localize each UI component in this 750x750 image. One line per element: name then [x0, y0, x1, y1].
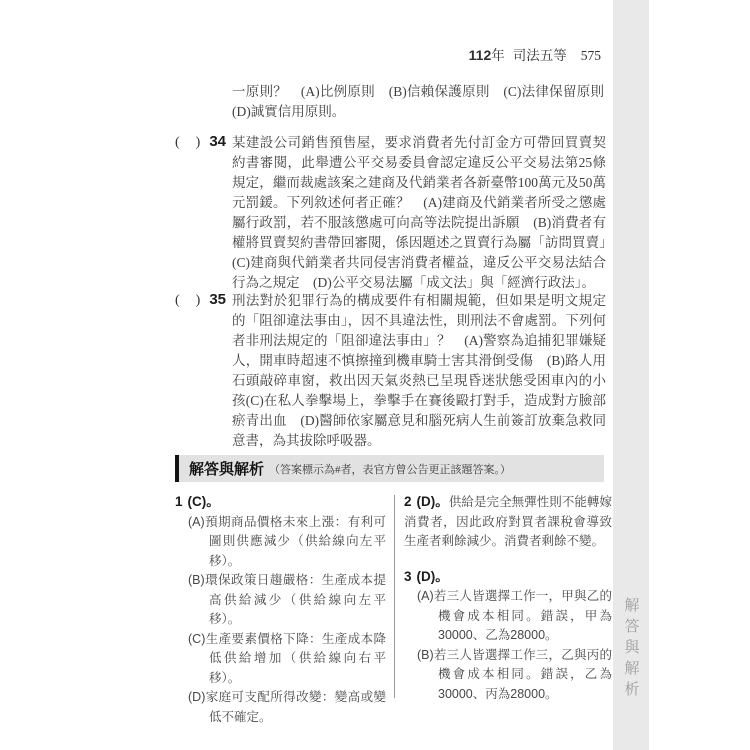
answers-columns: 1(C)。 (A)預期商品價格未來上漲：有利可圖則供應減少（供給線向左平移）。 … [175, 492, 612, 742]
answer-item-2: 2(D)。供給是完全無彈性則不能轉嫁消費者，因此政府對買者課稅會導致生產者剩餘減… [404, 492, 612, 552]
question-number: 35 [209, 291, 226, 308]
answer-blank-open-paren: ( [175, 293, 180, 308]
answer-blank-open-paren: ( [175, 135, 180, 150]
answer-letter: (D)。 [417, 494, 449, 509]
question-34: ()34 某建設公司銷售預售屋，要求消費者先付訂金方可帶回買賣契約書審閱，此舉遭… [175, 133, 606, 293]
question-34-text: 某建設公司銷售預售屋，要求消費者先付訂金方可帶回買賣契約書審閱，此舉遭公平交易委… [232, 133, 606, 293]
answer-number: 3 [404, 569, 412, 584]
question-number: 34 [209, 133, 226, 150]
answer-item-2-head: 2(D)。 [404, 494, 449, 509]
answer-item-3: 3(D)。 (A)若三人皆選擇工作一，甲與乙的機會成本相同。錯誤，甲為30000… [404, 567, 612, 705]
question-35-gutter: ()35 [175, 291, 232, 451]
answer-item-1-subitems: (A)預期商品價格未來上漲：有利可圖則供應減少（供給線向左平移）。 (B)環保政… [188, 513, 386, 728]
answer-subitem-c: (C)生產要素價格下降：生產成本降低供給增加（供給線向右平移）。 [188, 630, 386, 689]
answer-subitem-b: (B)若三人皆選擇工作三，乙與丙的機會成本相同。錯誤，乙為30000、丙為280… [417, 646, 612, 705]
page-header: 112年司法五等575 [175, 44, 601, 64]
answers-section-title: 解答與解析 [189, 458, 264, 479]
question-34-gutter: ()34 [175, 133, 232, 293]
question-continuation: 一原則？ (A)比例原則 (B)信賴保護原則 (C)法律保留原則(D)誠實信用原… [232, 82, 604, 122]
answers-side-tab: 解答與解析 [613, 0, 649, 750]
answer-item-3-subitems: (A)若三人皆選擇工作一，甲與乙的機會成本相同。錯誤，甲為30000、乙為280… [417, 587, 612, 704]
answer-subitem-d: (D)家庭可支配所得改變：變高或變低不確定。 [188, 688, 386, 727]
answer-letter: (C)。 [188, 494, 220, 509]
answer-subitem-b: (B)環保政策日趨嚴格：生產成本提高供給減少（供給線向左平移）。 [188, 571, 386, 630]
answer-item-1-head: 1(C)。 [175, 492, 386, 512]
answers-column-right: 2(D)。供給是完全無彈性則不能轉嫁消費者，因此政府對買者課稅會導致生產者剩餘減… [404, 492, 612, 742]
column-divider [394, 495, 395, 698]
answer-subitem-a: (A)若三人皆選擇工作一，甲與乙的機會成本相同。錯誤，甲為30000、乙為280… [417, 587, 612, 646]
question-35: ()35 刑法對於犯罪行為的構成要件有相關規範，但如果是明文規定的「阻卻違法事由… [175, 291, 606, 451]
header-page-number: 575 [581, 48, 601, 63]
side-tab-label: 解答與解析 [621, 597, 642, 702]
answer-blank-close-paren: ) [196, 293, 201, 308]
book-page: 解答與解析 112年司法五等575 一原則？ (A)比例原則 (B)信賴保護原則… [0, 0, 750, 750]
answers-section-note: （答案標示為#者，表官方曾公告更正該題答案。） [269, 461, 511, 477]
question-35-text: 刑法對於犯罪行為的構成要件有相關規範，但如果是明文規定的「阻卻違法事由」，因不具… [232, 291, 606, 451]
answer-letter: (D)。 [417, 569, 449, 584]
answers-section-header: 解答與解析 （答案標示為#者，表官方曾公告更正該題答案。） [175, 455, 604, 482]
answer-item-1: 1(C)。 (A)預期商品價格未來上漲：有利可圖則供應減少（供給線向左平移）。 … [175, 492, 386, 727]
answer-number: 2 [404, 494, 412, 509]
answers-column-left: 1(C)。 (A)預期商品價格未來上漲：有利可圖則供應減少（供給線向左平移）。 … [175, 492, 386, 742]
answer-number: 1 [175, 494, 183, 509]
answer-item-2-paragraph: 2(D)。供給是完全無彈性則不能轉嫁消費者，因此政府對買者課稅會導致生產者剩餘減… [404, 492, 612, 552]
answer-blank-close-paren: ) [196, 135, 201, 150]
answer-item-3-head: 3(D)。 [404, 567, 612, 587]
header-exam-name: 司法五等 [513, 48, 567, 63]
header-year-suffix: 年 [491, 48, 505, 63]
answer-subitem-a: (A)預期商品價格未來上漲：有利可圖則供應減少（供給線向左平移）。 [188, 513, 386, 572]
header-year-number: 112 [469, 47, 492, 63]
